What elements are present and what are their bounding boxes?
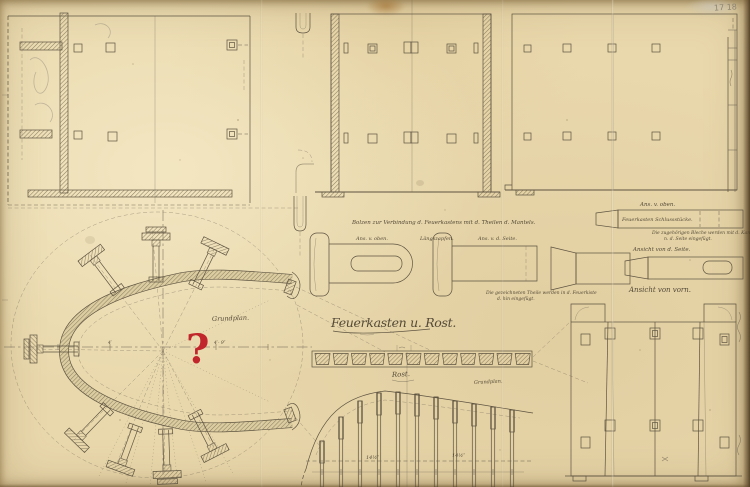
grate-section-label: Rost. [391, 370, 411, 379]
grate-plan-label: Grundplan. [474, 378, 503, 386]
connector-hooks-detail [296, 13, 314, 193]
plan-dim-right: 4′- 9″ [213, 340, 226, 346]
bolt-note-line2: d. hin eingefügt. [497, 296, 535, 302]
bolt-side-view-label: Ans. v. d. Seite. [477, 236, 517, 242]
bolt-caption: Bolzen zur Verbindung d. Feuerkastens mi… [351, 220, 536, 226]
endpiece-top-view-label: Ans. v. oben. [639, 202, 675, 208]
grate-elevation-view: 14½″ 14½″ [301, 352, 533, 487]
technical-drawing-canvas: Ans. v. oben. Feuerkasten Schlussstücke.… [0, 0, 750, 487]
plan-dim-left: 4′ [107, 340, 112, 346]
drawing-title: Feuerkasten u. Rost. [330, 315, 456, 330]
drawing-sheet: Ans. v. oben. Feuerkasten Schlussstücke.… [0, 0, 750, 487]
bolt-note-line1: Die gezeichneten Theile werden in d. Feu… [485, 290, 597, 296]
firebox-ground-plan: 4′ 4′- 9″ Grundplan. ? [4, 210, 312, 486]
bolt-details: Bolzen zur Verbindung d. Feuerkastens mi… [310, 220, 597, 302]
endpiece-note-line1: Die zugehörigen Bleche werden mit d. Kan… [651, 230, 750, 236]
page-marks: 17 18 [2, 2, 737, 300]
sheet-title-group: Feuerkasten u. Rost. [330, 315, 456, 335]
firebox-left-elevation [8, 13, 298, 208]
side-panel-view [565, 304, 742, 481]
end-piece-views: Ans. v. oben. Feuerkasten Schlussstücke.… [551, 202, 750, 294]
firebox-right-panel [505, 14, 737, 195]
grate-dim-right: 14½″ [452, 452, 465, 459]
endpiece-side-view-label: Ansicht von d. Seite. [632, 247, 691, 253]
grate-dim-left: 14½″ [366, 454, 379, 461]
endpiece-name-label: Feuerkasten Schlussstücke. [621, 217, 693, 223]
endpiece-front-view-label: Ansicht von vorn. [628, 286, 691, 294]
sheet-number-note: 17 18 [714, 2, 737, 12]
bolt-top-view-label: Ans. v. oben. [355, 236, 388, 242]
plan-view-label: Grundplan. [212, 314, 249, 323]
bolt-mid-view-label: Längszapfen. [419, 236, 454, 242]
grate-section-view: Rost. Grundplan. [296, 287, 588, 446]
endpiece-note-line2: n. d. Seite eingefügt. [664, 236, 712, 242]
question-mark-annotation: ? [186, 326, 209, 373]
